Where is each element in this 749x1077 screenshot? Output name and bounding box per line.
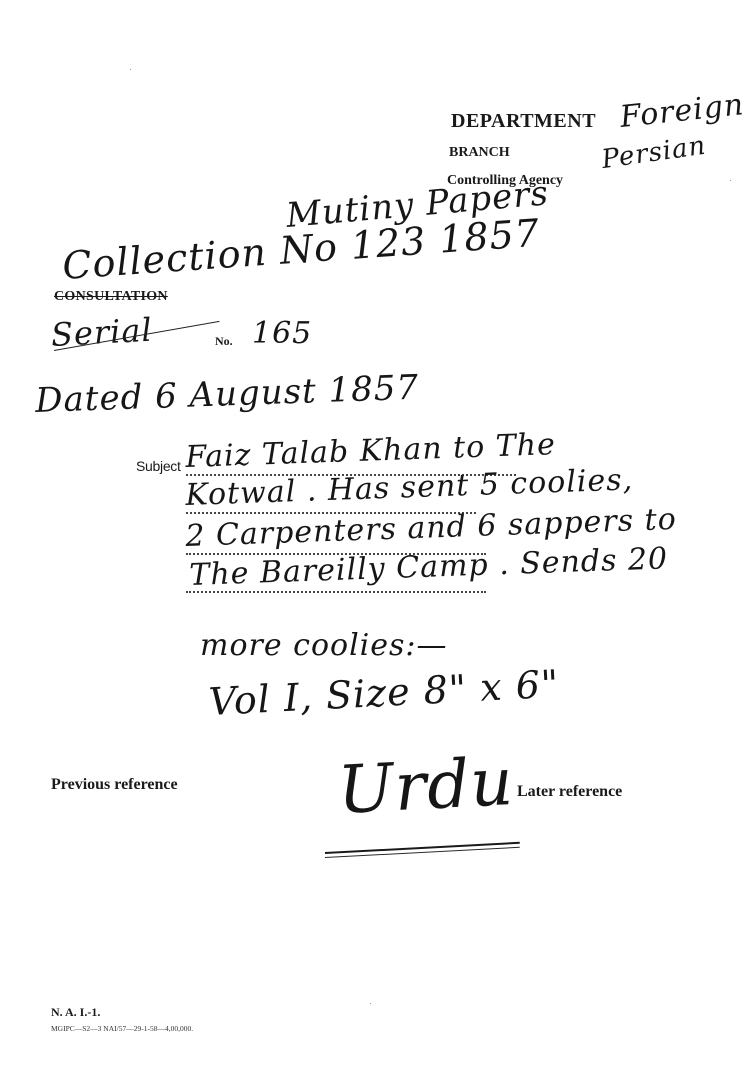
language-note: Urdu xyxy=(336,743,516,829)
scan-speck xyxy=(130,69,131,70)
previous-reference-label: Previous reference xyxy=(51,776,178,794)
consultation-label-struck: CONSULTATION xyxy=(54,289,168,305)
later-reference-label: Later reference xyxy=(517,783,622,801)
print-code: MGIPC—S2—3 NAI/57—29-1-58—4,00,000. xyxy=(51,1024,193,1033)
subject-line-text: more coolies:— xyxy=(200,628,448,663)
volume-size-note: Vol I, Size 8" x 6" xyxy=(208,662,561,724)
scan-speck xyxy=(370,1003,371,1004)
dated-line: Dated 6 August 1857 xyxy=(35,368,420,421)
branch-label: BRANCH xyxy=(449,145,510,161)
serial-no-label: No. xyxy=(215,334,233,349)
scan-speck xyxy=(730,180,731,181)
subject-label: Subject xyxy=(136,458,181,474)
department-value: Foreign xyxy=(618,87,745,135)
branch-value: Persian xyxy=(600,131,708,175)
form-code: N. A. I.-1. xyxy=(51,1005,100,1020)
serial-number: 165 xyxy=(252,316,312,351)
department-label: DEPARTMENT xyxy=(451,110,596,133)
